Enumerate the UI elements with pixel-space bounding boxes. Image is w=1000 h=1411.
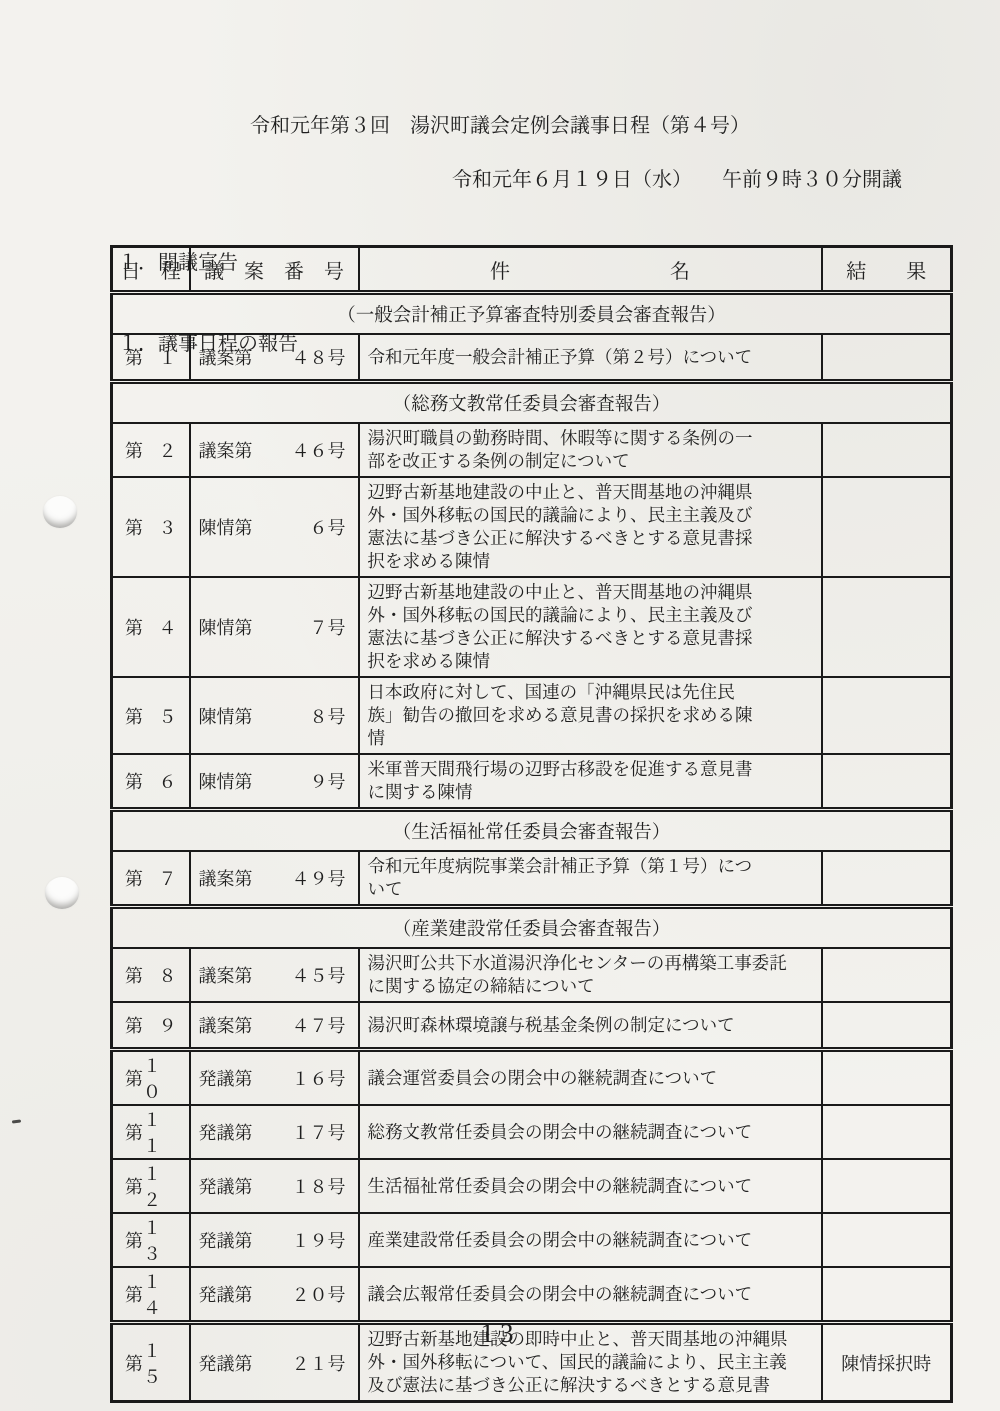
bill-number-cell: 議案第４６号 (190, 423, 359, 477)
bill-prefix: 発議第 (199, 1173, 253, 1199)
result-cell (822, 1050, 952, 1106)
schedule-number: １４ (143, 1268, 177, 1320)
bill-number: ９号 (310, 768, 346, 794)
result-cell (822, 477, 952, 577)
agenda-table: 日 程 議 案 番 号 件 名 結 果 （一般会計補正予算審査特別委員会審査報告… (110, 245, 953, 1403)
bill-prefix: 発議第 (199, 1281, 253, 1307)
bill-number: ２１号 (292, 1350, 346, 1376)
bill-prefix: 発議第 (199, 1350, 253, 1376)
bill-number-cell: 議案第４９号 (190, 851, 359, 907)
bill-prefix: 陳情第 (199, 514, 253, 540)
subject-cell: 辺野古新基地建設の中止と、普天間基地の沖縄県 外・国外移転の国民的議論により、民… (359, 477, 822, 577)
section-label: （総務文教常任委員会審査報告） (112, 382, 952, 424)
agenda-row: 第１３発議第１９号産業建設常任委員会の閉会中の継続調査について (112, 1213, 952, 1267)
schedule-cell: 第２ (112, 423, 190, 477)
bill-prefix: 議案第 (199, 1012, 253, 1038)
section-row: （産業建設常任委員会審査報告） (112, 907, 952, 949)
agenda-row: 第２議案第４６号湯沢町職員の勤務時間、休暇等に関する条例の一 部を改正する条例の… (112, 423, 952, 477)
schedule-cell: 第４ (112, 577, 190, 677)
schedule-cell: 第９ (112, 1002, 190, 1050)
subject-cell: 湯沢町森林環境譲与税基金条例の制定について (359, 1002, 822, 1050)
result-cell (822, 1105, 952, 1159)
agenda-row: 第６陳情第９号米軍普天間飛行場の辺野古移設を促進する意見書 に関する陳情 (112, 754, 952, 810)
bill-number-cell: 陳情第６号 (190, 477, 359, 577)
bill-number-cell: 発議第１９号 (190, 1213, 359, 1267)
schedule-prefix: 第 (125, 865, 143, 891)
agenda-row: 第４陳情第７号辺野古新基地建設の中止と、普天間基地の沖縄県 外・国外移転の国民的… (112, 577, 952, 677)
section-label: （生活福祉常任委員会審査報告） (112, 810, 952, 852)
bill-prefix: 議案第 (199, 437, 253, 463)
document-page: 令和元年第３回 湯沢町議会定例会議事日程（第４号） 令和元年６月１９日（水） 午… (0, 0, 1000, 1411)
schedule-cell: 第６ (112, 754, 190, 810)
header-result: 結 果 (822, 247, 952, 293)
bill-prefix: 発議第 (199, 1227, 253, 1253)
schedule-prefix: 第 (125, 1119, 143, 1145)
bill-prefix: 議案第 (199, 865, 253, 891)
bill-prefix: 陳情第 (199, 768, 253, 794)
result-cell (822, 1002, 952, 1050)
agenda-row: 第７議案第４９号令和元年度病院事業会計補正予算（第１号）につ いて (112, 851, 952, 907)
schedule-number: ２ (159, 437, 177, 463)
schedule-cell: 第１１ (112, 1105, 190, 1159)
bill-number-cell: 発議第１８号 (190, 1159, 359, 1213)
agenda-row: 第１０発議第１６号議会運営委員会の閉会中の継続調査について (112, 1050, 952, 1106)
bill-prefix: 発議第 (199, 1065, 253, 1091)
result-cell (822, 948, 952, 1002)
agenda-row: 第１４発議第２０号議会広報常任委員会の閉会中の継続調査について (112, 1267, 952, 1323)
punch-hole-top (43, 496, 77, 528)
schedule-prefix: 第 (125, 768, 143, 794)
schedule-cell: 第１０ (112, 1050, 190, 1106)
punch-hole-bottom (45, 877, 79, 909)
bill-prefix: 発議第 (199, 1119, 253, 1145)
schedule-cell: 第８ (112, 948, 190, 1002)
bill-prefix: 陳情第 (199, 703, 253, 729)
bill-number: １９号 (292, 1227, 346, 1253)
schedule-prefix: 第 (125, 614, 143, 640)
result-cell (822, 851, 952, 907)
schedule-prefix: 第 (125, 1065, 143, 1091)
subject-cell: 令和元年度一般会計補正予算（第２号）について (359, 334, 822, 382)
bill-number-cell: 議案第４５号 (190, 948, 359, 1002)
schedule-prefix: 第 (125, 1350, 143, 1376)
schedule-number: ９ (159, 1012, 177, 1038)
section-row: （一般会計補正予算審査特別委員会審査報告） (112, 293, 952, 335)
bill-number: １７号 (292, 1119, 346, 1145)
schedule-prefix: 第 (125, 514, 143, 540)
schedule-prefix: 第 (125, 1012, 143, 1038)
schedule-cell: 第１２ (112, 1159, 190, 1213)
bill-number-cell: 陳情第７号 (190, 577, 359, 677)
bill-number-cell: 発議第１６号 (190, 1050, 359, 1106)
bill-number-cell: 議案第４７号 (190, 1002, 359, 1050)
bill-number-cell: 発議第２０号 (190, 1267, 359, 1323)
result-cell (822, 677, 952, 754)
subject-cell: 湯沢町職員の勤務時間、休暇等に関する条例の一 部を改正する条例の制定について (359, 423, 822, 477)
result-cell (822, 1267, 952, 1323)
result-cell (822, 1213, 952, 1267)
bill-number: １８号 (292, 1173, 346, 1199)
subject-cell: 令和元年度病院事業会計補正予算（第１号）につ いて (359, 851, 822, 907)
schedule-prefix: 第 (125, 703, 143, 729)
schedule-cell: 第１ (112, 334, 190, 382)
schedule-prefix: 第 (125, 1227, 143, 1253)
bill-number: ４６号 (292, 437, 346, 463)
bill-number: ８号 (310, 703, 346, 729)
schedule-number: ３ (159, 514, 177, 540)
result-cell (822, 577, 952, 677)
header-subject: 件 名 (359, 247, 822, 293)
bill-number-cell: 陳情第８号 (190, 677, 359, 754)
subject-cell: 辺野古新基地建設の中止と、普天間基地の沖縄県 外・国外移転の国民的議論により、民… (359, 577, 822, 677)
bill-prefix: 議案第 (199, 962, 253, 988)
schedule-number: １ (159, 344, 177, 370)
bill-number-cell: 陳情第９号 (190, 754, 359, 810)
bill-number: １６号 (292, 1065, 346, 1091)
section-label: （産業建設常任委員会審査報告） (112, 907, 952, 949)
result-cell (822, 1159, 952, 1213)
result-cell (822, 334, 952, 382)
subject-cell: 湯沢町公共下水道湯沢浄化センターの再構築工事委託 に関する協定の締結について (359, 948, 822, 1002)
schedule-prefix: 第 (125, 437, 143, 463)
agenda-row: 第１議案第４８号令和元年度一般会計補正予算（第２号）について (112, 334, 952, 382)
page-number: 13 (0, 1318, 1000, 1349)
section-row: （生活福祉常任委員会審査報告） (112, 810, 952, 852)
subject-cell: 米軍普天間飛行場の辺野古移設を促進する意見書 に関する陳情 (359, 754, 822, 810)
bill-prefix: 陳情第 (199, 614, 253, 640)
bill-number: ４７号 (292, 1012, 346, 1038)
schedule-prefix: 第 (125, 1173, 143, 1199)
schedule-number: ８ (159, 962, 177, 988)
subject-cell: 生活福祉常任委員会の閉会中の継続調査について (359, 1159, 822, 1213)
bill-number: ６号 (310, 514, 346, 540)
schedule-cell: 第７ (112, 851, 190, 907)
schedule-cell: 第１４ (112, 1267, 190, 1323)
result-cell (822, 754, 952, 810)
pen-mark-artifact (12, 1119, 21, 1123)
schedule-prefix: 第 (125, 962, 143, 988)
schedule-number: ５ (159, 703, 177, 729)
schedule-number: ７ (159, 865, 177, 891)
schedule-cell: 第１３ (112, 1213, 190, 1267)
table-header-row: 日 程 議 案 番 号 件 名 結 果 (112, 247, 952, 293)
bill-number: ４５号 (292, 962, 346, 988)
agenda-table-body: （一般会計補正予算審査特別委員会審査報告）第１議案第４８号令和元年度一般会計補正… (112, 293, 952, 1402)
session-datetime: 令和元年６月１９日（水） 午前９時３０分開議 (452, 166, 902, 194)
bill-number: ７号 (310, 614, 346, 640)
schedule-number: １３ (143, 1214, 177, 1266)
bill-number-cell: 議案第４８号 (190, 334, 359, 382)
result-cell (822, 423, 952, 477)
header-schedule: 日 程 (112, 247, 190, 293)
bill-number: ２０号 (292, 1281, 346, 1307)
bill-prefix: 議案第 (199, 344, 253, 370)
schedule-number: １２ (143, 1160, 177, 1212)
agenda-row: 第３陳情第６号辺野古新基地建設の中止と、普天間基地の沖縄県 外・国外移転の国民的… (112, 477, 952, 577)
section-row: （総務文教常任委員会審査報告） (112, 382, 952, 424)
bill-number: ４８号 (292, 344, 346, 370)
agenda-row: 第５陳情第８号日本政府に対して、国連の「沖縄県民は先住民 族」勧告の撤回を求める… (112, 677, 952, 754)
schedule-number: ４ (159, 614, 177, 640)
schedule-number: １１ (143, 1106, 177, 1158)
agenda-row: 第９議案第４７号湯沢町森林環境譲与税基金条例の制定について (112, 1002, 952, 1050)
bill-number-cell: 発議第１７号 (190, 1105, 359, 1159)
subject-cell: 議会運営委員会の閉会中の継続調査について (359, 1050, 822, 1106)
subject-cell: 産業建設常任委員会の閉会中の継続調査について (359, 1213, 822, 1267)
header-bill-number: 議 案 番 号 (190, 247, 359, 293)
subject-cell: 日本政府に対して、国連の「沖縄県民は先住民 族」勧告の撤回を求める意見書の採択を… (359, 677, 822, 754)
agenda-row: 第１１発議第１７号総務文教常任委員会の閉会中の継続調査について (112, 1105, 952, 1159)
section-label: （一般会計補正予算審査特別委員会審査報告） (112, 293, 952, 335)
schedule-cell: 第５ (112, 677, 190, 754)
subject-cell: 議会広報常任委員会の閉会中の継続調査について (359, 1267, 822, 1323)
schedule-number: ６ (159, 768, 177, 794)
agenda-row: 第８議案第４５号湯沢町公共下水道湯沢浄化センターの再構築工事委託 に関する協定の… (112, 948, 952, 1002)
schedule-prefix: 第 (125, 1281, 143, 1307)
schedule-number: １０ (143, 1052, 177, 1104)
agenda-row: 第１２発議第１８号生活福祉常任委員会の閉会中の継続調査について (112, 1159, 952, 1213)
bill-number: ４９号 (292, 865, 346, 891)
document-title: 令和元年第３回 湯沢町議会定例会議事日程（第４号） (0, 112, 1000, 140)
schedule-cell: 第３ (112, 477, 190, 577)
schedule-prefix: 第 (125, 344, 143, 370)
subject-cell: 総務文教常任委員会の閉会中の継続調査について (359, 1105, 822, 1159)
